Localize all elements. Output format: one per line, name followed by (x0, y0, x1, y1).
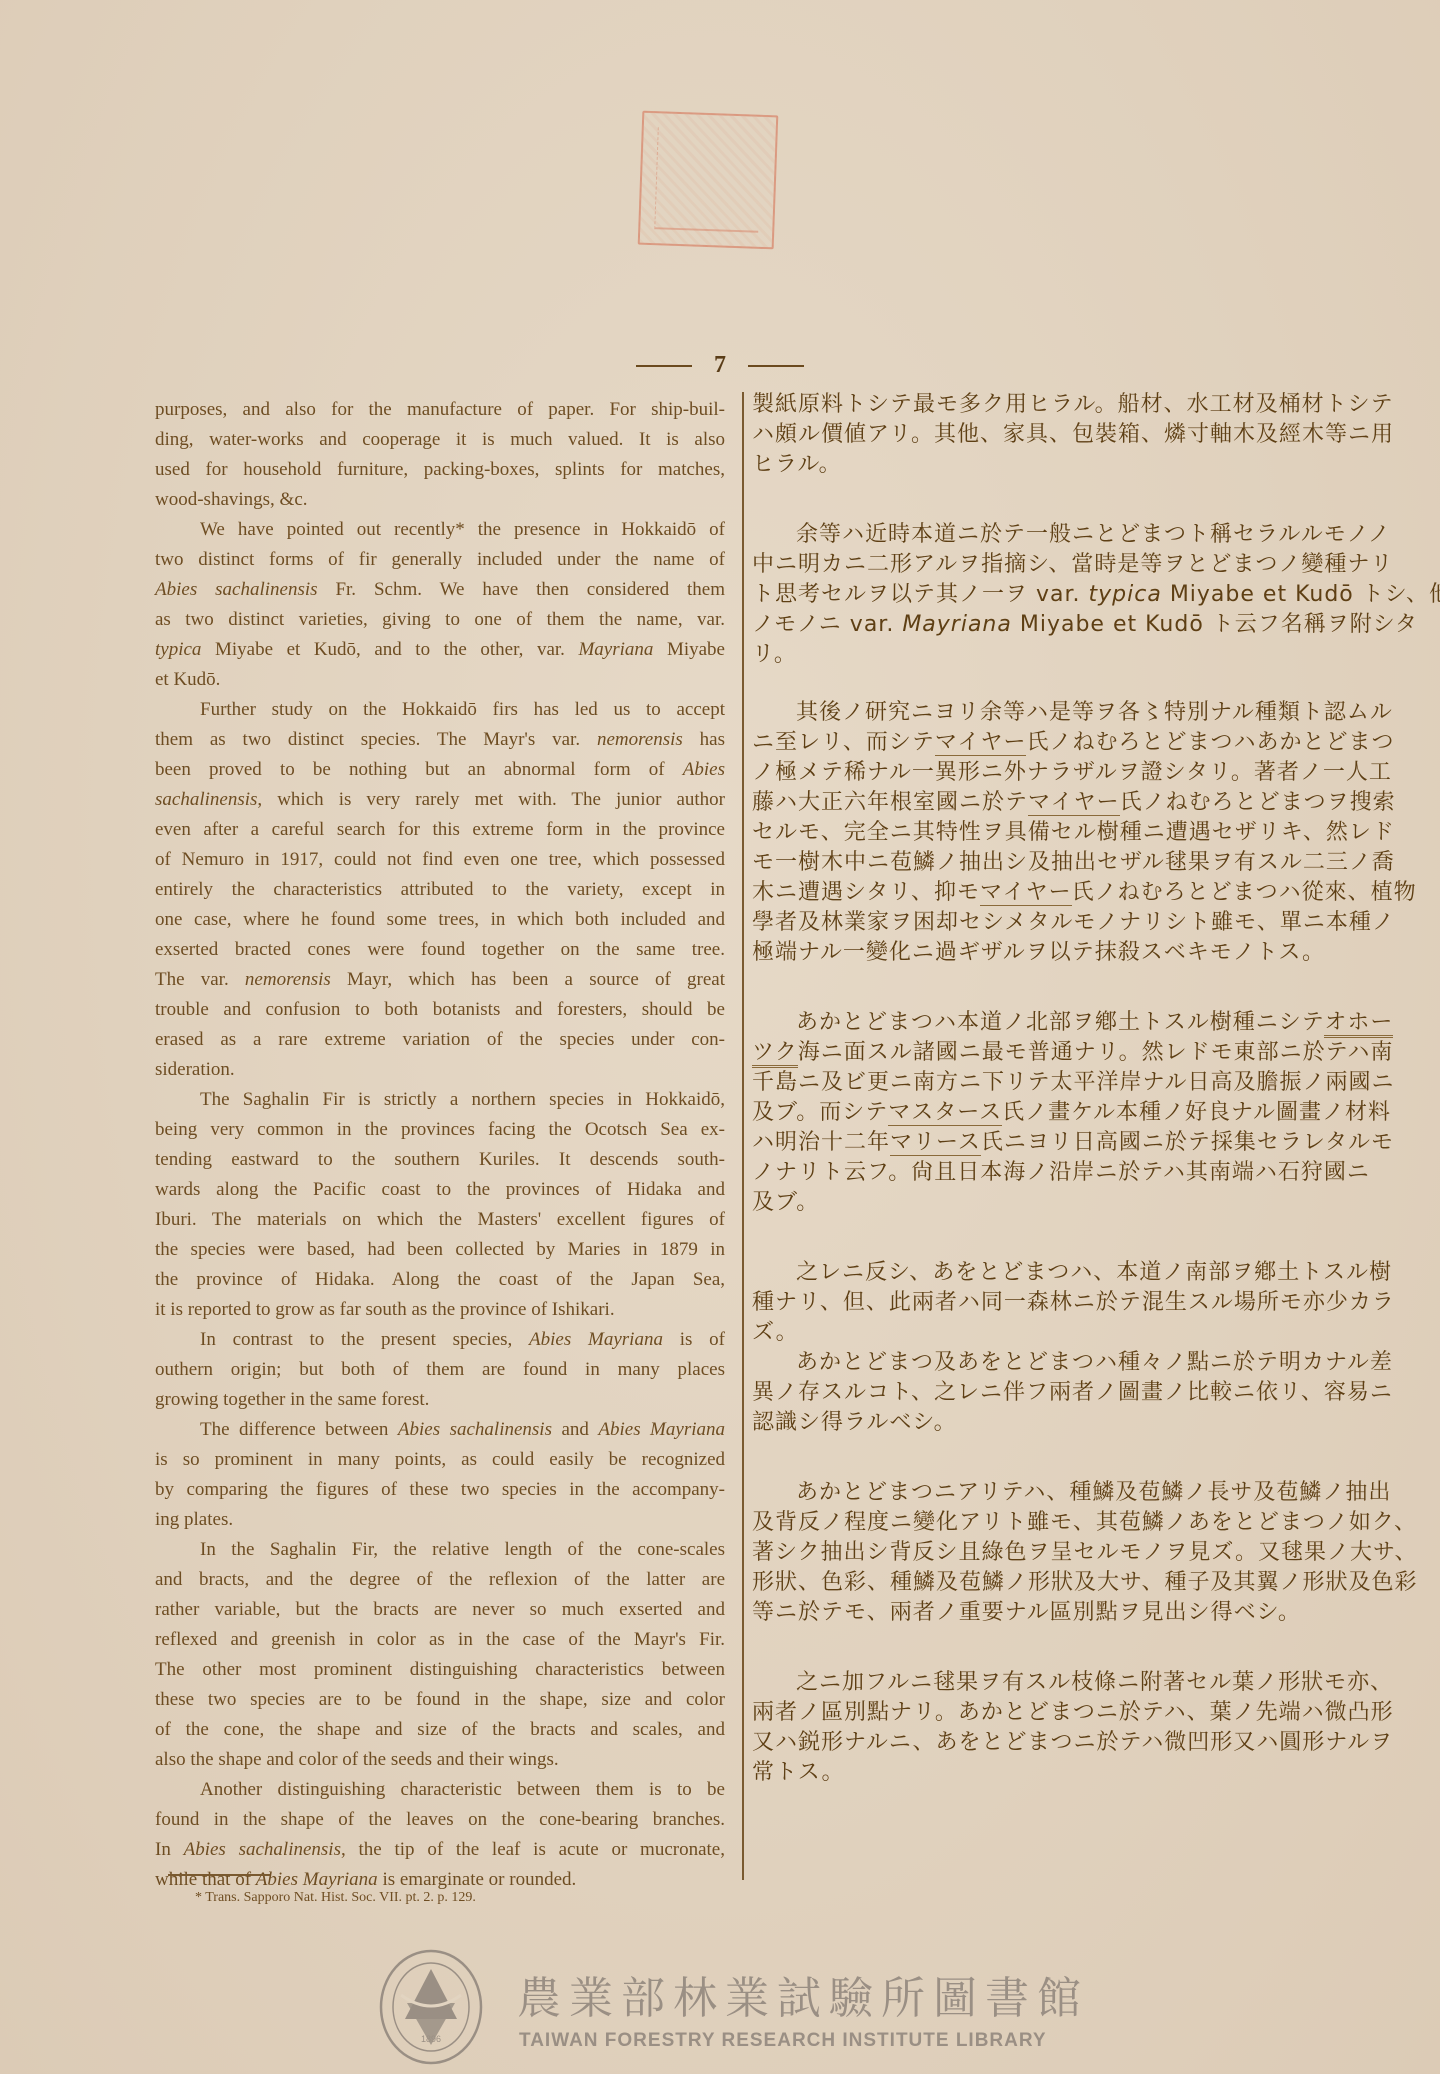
text-line: ハ頗ル價値アリ。其他、家具、包裝箱、燐寸軸木及經木等ニ用 (752, 420, 1317, 450)
text-line: In contrast to the present species, Abie… (155, 1325, 725, 1355)
text-line: 學者及林業家ヲ困却セシメタルモノナリシト雖モ、單ニ本種ノ (752, 908, 1317, 938)
text-line: 極端ナル一變化ニ過ギザルヲ以テ抹殺スベキモノトス。 (752, 938, 1317, 968)
paragraph: 之レニ反シ、あをとどまつハ、本道ノ南部ヲ鄕土トスル樹種ナリ、但、此兩者ハ同一森林… (752, 1258, 1317, 1348)
text-line: 形狀、色彩、種鱗及苞鱗ノ形狀及大サ、種子及其翼ノ形狀及色彩 (752, 1568, 1317, 1598)
text-line: Iburi. The materials on which the Master… (155, 1205, 725, 1235)
text-line: 種ナリ、但、此兩者ハ同一森林ニ於テ混生スル場所モ亦少カラ (752, 1288, 1317, 1318)
text-line: ニ至レリ、而シテマイヤー氏ノねむろとどまつハあかとどまつ (752, 728, 1317, 758)
text-line: あかとどまつ及あをとどまつハ種々ノ點ニ於テ明カナル差 (752, 1348, 1317, 1378)
text-line: also the shape and color of the seeds an… (155, 1745, 725, 1775)
svg-text:1896: 1896 (421, 2034, 441, 2044)
text-line: outhern origin; but both of them are fou… (155, 1355, 725, 1385)
page-number-rule-left (636, 365, 692, 367)
text-line: tending eastward to the southern Kuriles… (155, 1145, 725, 1175)
text-line: the province of Hidaka. Along the coast … (155, 1265, 725, 1295)
text-line: rather variable, but the bracts are neve… (155, 1595, 725, 1625)
text-line: Further study on the Hokkaidō firs has l… (155, 695, 725, 725)
text-line: 木ニ遭遇シタリ、抑モマイヤー氏ノねむろとどまつハ從來、植物 (752, 878, 1317, 908)
library-name-chinese: 農業部林業試驗所圖書館 (517, 1962, 1089, 2026)
text-line: 著シク抽出シ背反シ且綠色ヲ呈セルモノヲ見ズ。又毬果ノ大サ、 (752, 1538, 1317, 1568)
text-line: ing plates. (155, 1505, 725, 1535)
text-line: 其後ノ研究ニヨリ余等ハ是等ヲ各〻特別ナル種類ト認ムル (752, 698, 1317, 728)
text-line: 及ブ。 (752, 1188, 1317, 1218)
text-line: used for household furniture, packing-bo… (155, 455, 725, 485)
text-line: these two species are to be found in the… (155, 1685, 725, 1715)
text-line: Abies sachalinensis Fr. Schm. We have th… (155, 575, 725, 605)
text-line: ノ極メテ稀ナル一異形ニ外ナラザルヲ證シタリ。著者ノ一人工 (752, 758, 1317, 788)
text-line: 之ニ加フルニ毬果ヲ有スル枝條ニ附著セル葉ノ形狀モ亦、 (752, 1668, 1317, 1698)
text-line: erased as a rare extreme variation of th… (155, 1025, 725, 1055)
text-line: typica Miyabe et Kudō, and to the other,… (155, 635, 725, 665)
text-line: 常トス。 (752, 1758, 1317, 1788)
text-line: trouble and confusion to both botanists … (155, 995, 725, 1025)
text-line: growing together in the same forest. (155, 1385, 725, 1415)
text-line: sideration. (155, 1055, 725, 1085)
text-line: リ。 (752, 640, 1317, 670)
text-line: The difference between Abies sachalinens… (155, 1415, 725, 1445)
forestry-institute-logo-icon: 1896 (377, 1947, 485, 2067)
text-line: 異ノ存スルコト、之レニ伴フ兩者ノ圖畫ノ比較ニ依リ、容易ニ (752, 1378, 1317, 1408)
text-line: 藤ハ大正六年根室國ニ於テマイヤー氏ノねむろとどまつヲ搜索 (752, 788, 1317, 818)
paragraph: あかとどまつ及あをとどまつハ種々ノ點ニ於テ明カナル差異ノ存スルコト、之レニ伴フ兩… (752, 1348, 1317, 1438)
text-line: found in the shape of the leaves on the … (155, 1805, 725, 1835)
paragraph: 製紙原料トシテ最モ多ク用ヒラル。船材、水工材及桶材トシテハ頗ル價値アリ。其他、家… (752, 390, 1317, 480)
text-line: and bracts, and the degree of the reflex… (155, 1565, 725, 1595)
paragraph: 其後ノ研究ニヨリ余等ハ是等ヲ各〻特別ナル種類ト認ムルニ至レリ、而シテマイヤー氏ノ… (752, 698, 1317, 968)
text-line: We have pointed out recently* the presen… (155, 515, 725, 545)
text-line: ズ。 (752, 1318, 1317, 1348)
paragraph: In contrast to the present species, Abie… (155, 1325, 725, 1415)
text-line: ト思考セルヲ以テ其ノ一ヲ var. typica Miyabe et Kudō … (752, 580, 1317, 610)
text-line: The Saghalin Fir is strictly a northern … (155, 1085, 725, 1115)
paragraph: あかとどまつハ本道ノ北部ヲ鄕土トスル樹種ニシテオホーツク海ニ面スル諸國ニ最モ普通… (752, 1008, 1317, 1218)
text-line: 及背反ノ程度ニ變化アリト雖モ、其苞鱗ノあをとどまつノ如ク、 (752, 1508, 1317, 1538)
text-line: of Nemuro in 1917, could not find even o… (155, 845, 725, 875)
text-line: it is reported to grow as far south as t… (155, 1295, 725, 1325)
text-line: wards along the Pacific coast to the pro… (155, 1175, 725, 1205)
text-line: 之レニ反シ、あをとどまつハ、本道ノ南部ヲ鄕土トスル樹 (752, 1258, 1317, 1288)
text-line: one case, where he found some trees, in … (155, 905, 725, 935)
text-line: sachalinensis, which is very rarely met … (155, 785, 725, 815)
paragraph: Another distinguishing characteristic be… (155, 1775, 725, 1895)
footnote: * Trans. Sapporo Nat. Hist. Soc. VII. pt… (195, 1890, 476, 1906)
text-line: purposes, and also for the manufacture o… (155, 395, 725, 425)
text-line: ノナリト云フ。尙且日本海ノ沿岸ニ於テハ其南端ハ石狩國ニ (752, 1158, 1317, 1188)
page-number-text: 7 (714, 352, 726, 378)
paragraph: Further study on the Hokkaidō firs has l… (155, 695, 725, 1085)
text-line: et Kudō. (155, 665, 725, 695)
text-line: 製紙原料トシテ最モ多ク用ヒラル。船材、水工材及桶材トシテ (752, 390, 1317, 420)
text-line: In the Saghalin Fir, the relative length… (155, 1535, 725, 1565)
japanese-column: 製紙原料トシテ最モ多ク用ヒラル。船材、水工材及桶材トシテハ頗ル價値アリ。其他、家… (752, 390, 1317, 1788)
paragraph: 之ニ加フルニ毬果ヲ有スル枝條ニ附著セル葉ノ形狀モ亦、兩者ノ區別點ナリ。あかとどま… (752, 1668, 1317, 1788)
paragraph: We have pointed out recently* the presen… (155, 515, 725, 695)
text-line: of the cone, the shape and size of the b… (155, 1715, 725, 1745)
text-line: by comparing the figures of these two sp… (155, 1475, 725, 1505)
library-seal-stamp (638, 111, 779, 250)
text-line: In Abies sachalinensis, the tip of the l… (155, 1835, 725, 1865)
paragraph: あかとどまつニアリテハ、種鱗及苞鱗ノ長サ及苞鱗ノ抽出及背反ノ程度ニ變化アリト雖モ… (752, 1478, 1317, 1628)
text-line: The var. nemorensis Mayr, which has been… (155, 965, 725, 995)
text-line: セルモ、完全ニ其特性ヲ具備セル樹種ニ遭遇セザリキ、然レド (752, 818, 1317, 848)
text-line: is so prominent in many points, as could… (155, 1445, 725, 1475)
paragraph: The Saghalin Fir is strictly a northern … (155, 1085, 725, 1325)
library-name-english: TAIWAN FORESTRY RESEARCH INSTITUTE LIBRA… (519, 2030, 1047, 2052)
text-line: ding, water-works and cooperage it is mu… (155, 425, 725, 455)
text-line: 等ニ於テモ、兩者ノ重要ナル區別點ヲ見出シ得ベシ。 (752, 1598, 1317, 1628)
text-line: been proved to be nothing but an abnorma… (155, 755, 725, 785)
text-line: as two distinct varieties, giving to one… (155, 605, 725, 635)
page-number-rule-right (748, 365, 804, 367)
text-line: 及ブ。而シテマスタース氏ノ畫ケル本種ノ好良ナル圖畫ノ材料 (752, 1098, 1317, 1128)
text-line: exserted bracted cones were found togeth… (155, 935, 725, 965)
text-line: 余等ハ近時本道ニ於テ一般ニとどまつト稱セラルルモノノ (752, 520, 1317, 550)
text-line: ノモノニ var. Mayriana Miyabe et Kudō ト云フ名稱ヲ… (752, 610, 1317, 640)
text-line: entirely the characteristics attributed … (155, 875, 725, 905)
text-line: 認識シ得ラルベシ。 (752, 1408, 1317, 1438)
text-line: 兩者ノ區別點ナリ。あかとどまつニ於テハ、葉ノ先端ハ微凸形 (752, 1698, 1317, 1728)
footnote-rule (168, 1874, 270, 1876)
text-line: モ一樹木中ニ苞鱗ノ抽出シ及抽出セザル毬果ヲ有スル二三ノ喬 (752, 848, 1317, 878)
text-line: them as two distinct species. The Mayr's… (155, 725, 725, 755)
text-line: reflexed and greenish in color as in the… (155, 1625, 725, 1655)
text-line: even after a careful search for this ext… (155, 815, 725, 845)
column-divider (742, 392, 744, 1880)
english-column: purposes, and also for the manufacture o… (155, 395, 725, 1895)
text-line: 中ニ明カニ二形アルヲ指摘シ、當時是等ヲとどまつノ變種ナリ (752, 550, 1317, 580)
page-number: 7 (0, 352, 1440, 379)
paragraph: In the Saghalin Fir, the relative length… (155, 1535, 725, 1775)
text-line: Another distinguishing characteristic be… (155, 1775, 725, 1805)
text-line: The other most prominent distinguishing … (155, 1655, 725, 1685)
text-line: ヒラル。 (752, 450, 1317, 480)
text-line: wood-shavings, &c. (155, 485, 725, 515)
text-line: being very common in the provinces facin… (155, 1115, 725, 1145)
text-line: 千島ニ及ビ更ニ南方ニ下リテ太平洋岸ナル日高及膽振ノ兩國ニ (752, 1068, 1317, 1098)
text-line: ツク海ニ面スル諸國ニ最モ普通ナリ。然レドモ東部ニ於テハ南 (752, 1038, 1317, 1068)
text-line: the species were based, had been collect… (155, 1235, 725, 1265)
paragraph: purposes, and also for the manufacture o… (155, 395, 725, 515)
paragraph: The difference between Abies sachalinens… (155, 1415, 725, 1535)
text-line: ハ明治十二年マリース氏ニヨリ日高國ニ於テ採集セラレタルモ (752, 1128, 1317, 1158)
text-line: あかとどまつニアリテハ、種鱗及苞鱗ノ長サ及苞鱗ノ抽出 (752, 1478, 1317, 1508)
text-line: あかとどまつハ本道ノ北部ヲ鄕土トスル樹種ニシテオホー (752, 1008, 1317, 1038)
text-line: 又ハ鋭形ナルニ、あをとどまつニ於テハ微凹形又ハ圓形ナルヲ (752, 1728, 1317, 1758)
text-line: two distinct forms of fir generally incl… (155, 545, 725, 575)
paragraph: 余等ハ近時本道ニ於テ一般ニとどまつト稱セラルルモノノ中ニ明カニ二形アルヲ指摘シ、… (752, 520, 1317, 670)
